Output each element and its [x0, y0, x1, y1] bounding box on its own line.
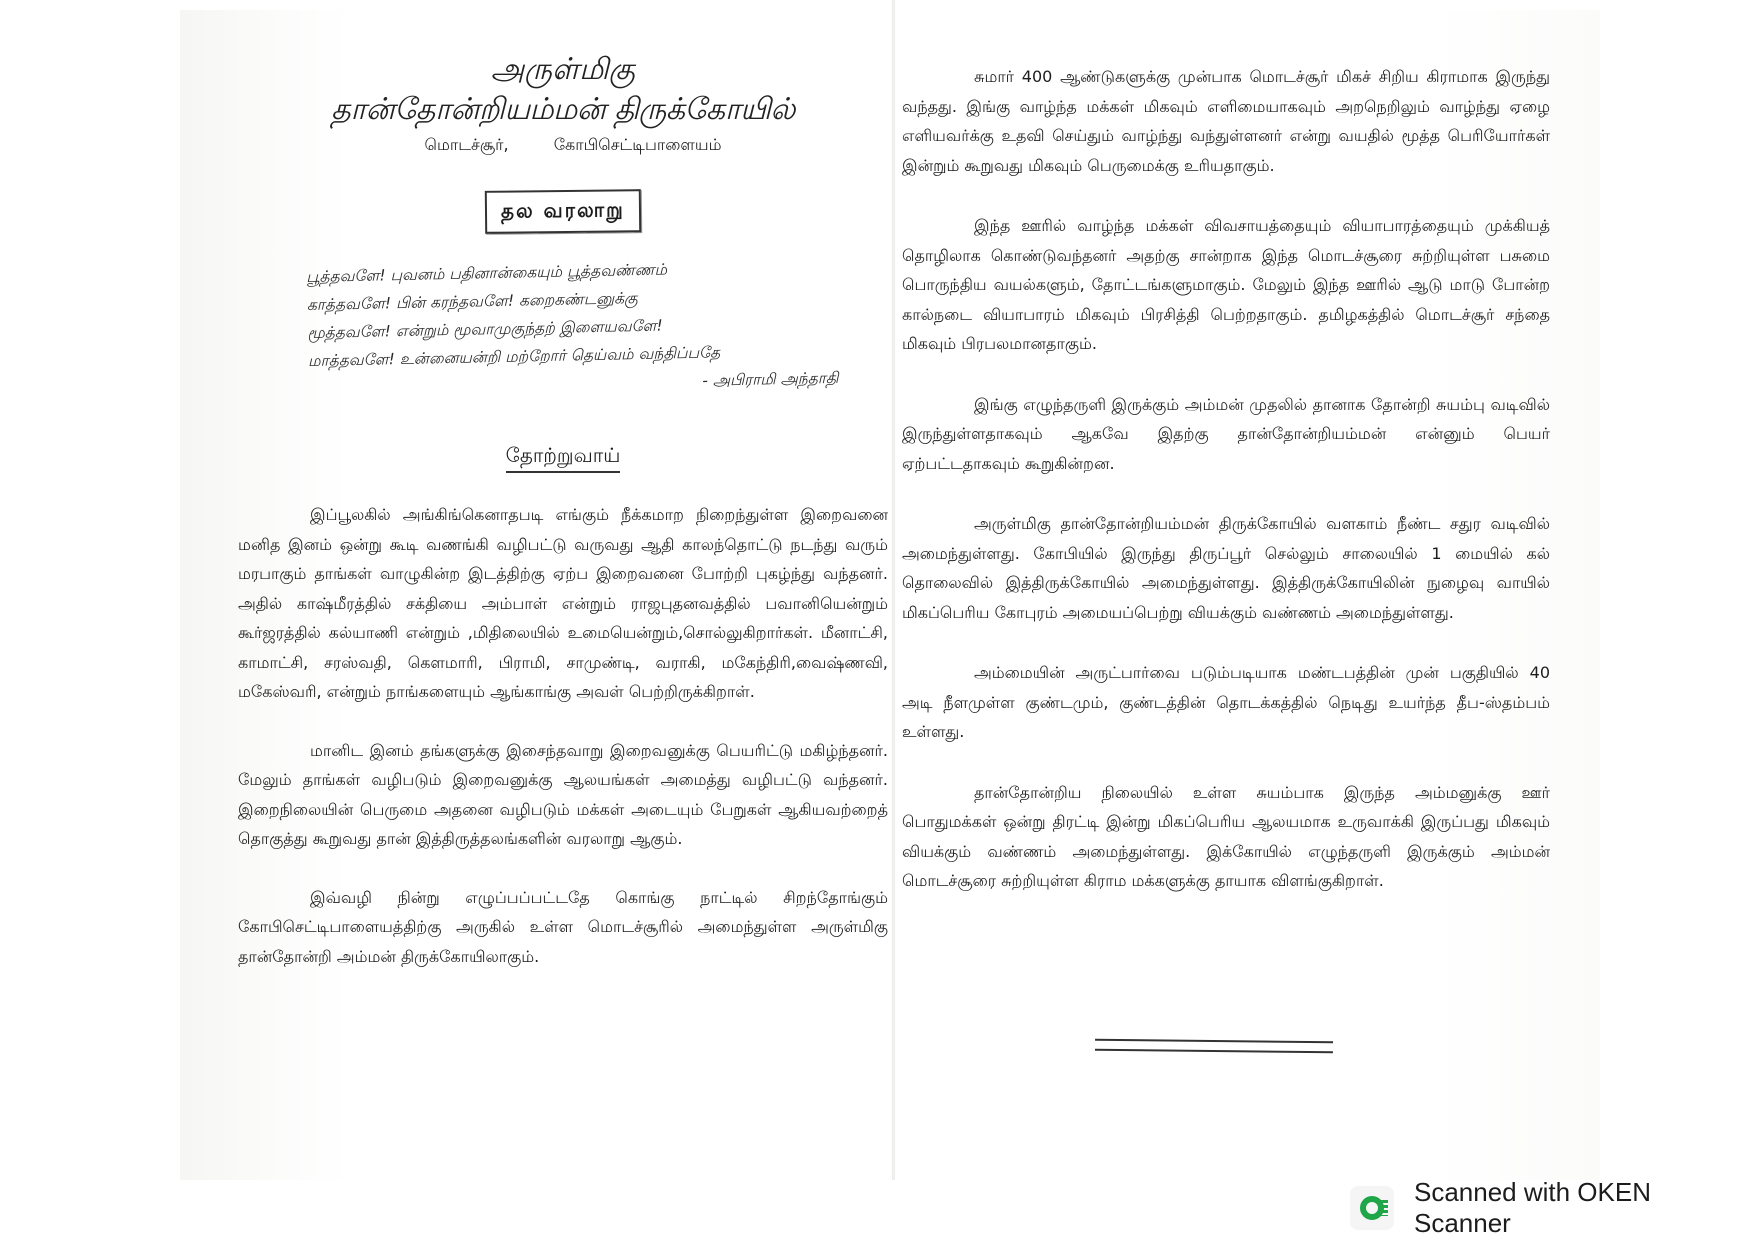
- paragraph: இங்கு எழுந்தருளி இருக்கும் அம்மன் முதலில…: [902, 390, 1550, 479]
- section-heading: தோற்றுவாய்: [238, 443, 888, 470]
- paragraph: இவ்வழி நின்று எழுப்பப்பட்டதே கொங்கு நாட்…: [238, 883, 888, 972]
- paragraph: அருள்மிகு தான்தோன்றியம்மன் திருக்கோயில் …: [902, 509, 1550, 627]
- subtitle-place-2: கோபிசெட்டிபாளையம்: [554, 134, 722, 156]
- paragraph: சுமார் 400 ஆண்டுகளுக்கு முன்பாக மொடச்சூர…: [902, 62, 1550, 180]
- paragraph: அம்மையின் அருட்பார்வை படும்படியாக மண்டபத…: [902, 658, 1550, 747]
- right-page: சுமார் 400 ஆண்டுகளுக்கு முன்பாக மொடச்சூர…: [902, 62, 1550, 896]
- end-double-rule: [1095, 1039, 1333, 1053]
- boxed-heading-wrap: தல வரலாறு: [238, 190, 888, 233]
- scanner-watermark: Scanned with OKEN Scanner: [1350, 1183, 1755, 1233]
- watermark-text: Scanned with OKEN Scanner: [1414, 1177, 1755, 1239]
- poem-block: பூத்தவளே! புவனம் பதினான்கையும் பூத்தவண்ண…: [306, 252, 829, 403]
- paragraph: இந்த ஊரில் வாழ்ந்த மக்கள் விவசாயத்தையும்…: [902, 211, 1550, 359]
- title-line-2: தான்தோன்றியம்மன் திருக்கோயில்: [238, 90, 888, 130]
- boxed-heading: தல வரலாறு: [485, 189, 641, 234]
- left-page: அருள்மிகு தான்தோன்றியம்மன் திருக்கோயில் …: [238, 50, 888, 971]
- paragraph: தான்தோன்றிய நிலையில் உள்ள சுயம்பாக இருந்…: [902, 778, 1550, 896]
- subtitle-place-1: மொடச்சூர்,: [425, 134, 509, 156]
- subtitle-location: மொடச்சூர், கோபிசெட்டிபாளையம்: [238, 134, 888, 156]
- oken-scanner-logo-icon: [1350, 1186, 1394, 1230]
- paragraph: மானிட இனம் தங்களுக்கு இசைந்தவாறு இறைவனுக…: [238, 736, 888, 854]
- book-spine-divider: [892, 0, 895, 1180]
- title-line-1: அருள்மிகு: [238, 50, 888, 90]
- paragraph: இப்பூலகில் அங்கிங்கெனாதபடி எங்கும் நீக்க…: [238, 500, 888, 707]
- section-heading-text: தோற்றுவாய்: [506, 443, 621, 473]
